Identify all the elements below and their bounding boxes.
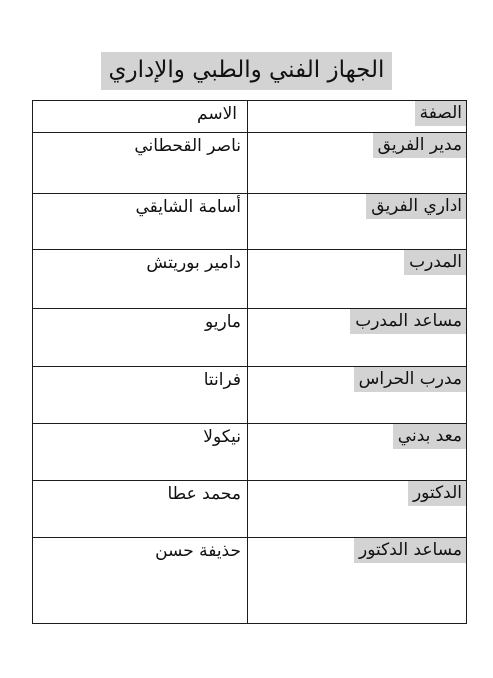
header-position-cell: الصفة [248,101,467,133]
header-name-label: الاسم [197,104,237,124]
position-cell: المدرب [248,250,467,309]
name-cell: أسامة الشايقي [33,194,248,250]
table-header-row: الصفة الاسم [33,101,467,133]
name-cell: حذيفة حسن [33,538,248,624]
table-row: الدكتور محمد عطا [33,481,467,538]
position-cell: الدكتور [248,481,467,538]
position-cell: اداري الفريق [248,194,467,250]
position-label: مدرب الحراس [354,367,466,392]
name-cell: محمد عطا [33,481,248,538]
table-row: مدرب الحراس فرانتا [33,367,467,424]
document-title-container: الجهاز الفني والطبي والإداري [0,52,493,90]
table-row: مدير الفريق ناصر القحطاني [33,133,467,194]
name-cell: نيكولا [33,424,248,481]
position-label: مساعد الدكتور [354,538,466,563]
position-label: معد بدني [393,424,466,449]
header-position-label: الصفة [415,101,466,126]
position-cell: معد بدني [248,424,467,481]
table-row: مساعد الدكتور حذيفة حسن [33,538,467,624]
document-title: الجهاز الفني والطبي والإداري [101,52,393,90]
position-label: مدير الفريق [373,133,466,158]
staff-table: الصفة الاسم مدير الفريق ناصر القحطاني اد… [32,100,467,624]
position-cell: مدير الفريق [248,133,467,194]
position-label: الدكتور [408,481,466,506]
name-cell: دامير بوريتش [33,250,248,309]
position-label: مساعد المدرب [350,309,466,334]
table-row: المدرب دامير بوريتش [33,250,467,309]
table-row: معد بدني نيكولا [33,424,467,481]
table-row: اداري الفريق أسامة الشايقي [33,194,467,250]
position-label: اداري الفريق [366,194,466,219]
header-name-cell: الاسم [33,101,248,133]
position-cell: مساعد المدرب [248,309,467,367]
position-label: المدرب [404,250,466,275]
name-cell: ماريو [33,309,248,367]
table-row: مساعد المدرب ماريو [33,309,467,367]
position-cell: مساعد الدكتور [248,538,467,624]
name-cell: ناصر القحطاني [33,133,248,194]
name-cell: فرانتا [33,367,248,424]
document-page: الجهاز الفني والطبي والإداري الصفة الاسم… [0,0,493,678]
position-cell: مدرب الحراس [248,367,467,424]
